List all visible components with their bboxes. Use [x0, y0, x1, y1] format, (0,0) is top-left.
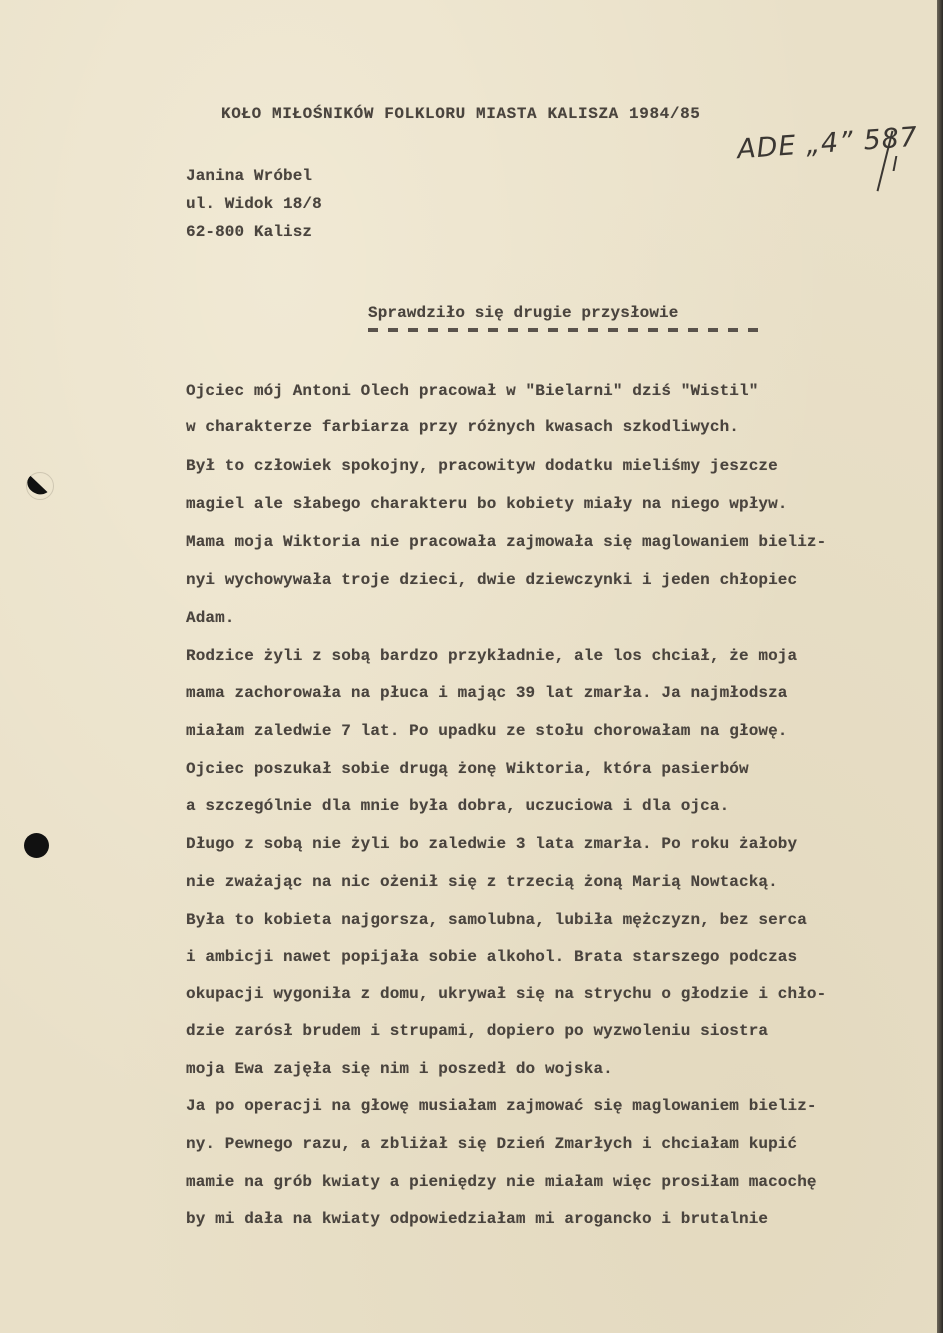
body-line: Adam. — [186, 608, 235, 628]
archive-mark-suffix: I — [892, 152, 898, 176]
punch-hole-icon — [24, 833, 49, 858]
body-line: Ojciec mój Antoni Olech pracował w "Biel… — [186, 381, 758, 401]
document-title: Sprawdziło się drugie przysłowie — [368, 303, 678, 323]
body-line: Mama moja Wiktoria nie pracowała zajmowa… — [186, 532, 826, 552]
body-line: mama zachorowała na płuca i mając 39 lat… — [186, 683, 788, 703]
body-line: a szczególnie dla mnie była dobra, uczuc… — [186, 796, 729, 816]
body-line: dzie zarósł brudem i strupami, dopiero p… — [186, 1021, 768, 1041]
body-line: moja Ewa zajęła się nim i poszedł do woj… — [186, 1059, 613, 1079]
organization-header: KOŁO MIŁOŚNIKÓW FOLKLORU MIASTA KALISZA … — [221, 104, 700, 124]
author-name: Janina Wróbel — [186, 166, 312, 186]
author-street: ul. Widok 18/8 — [186, 194, 322, 214]
body-line: miałam zaledwie 7 lat. Po upadku ze stoł… — [186, 721, 788, 741]
body-line: Rodzice żyli z sobą bardzo przykładnie, … — [186, 646, 797, 666]
body-line: Był to człowiek spokojny, pracowityw dod… — [186, 456, 778, 476]
body-line: w charakterze farbiarza przy różnych kwa… — [186, 417, 739, 437]
body-line: Ja po operacji na głowę musiałam zajmowa… — [186, 1096, 817, 1116]
body-line: Była to kobieta najgorsza, samolubna, lu… — [186, 910, 807, 930]
body-line: ny. Pewnego razu, a zbliżał się Dzień Zm… — [186, 1134, 797, 1154]
title-underline-dashes — [368, 328, 758, 332]
body-line: magiel ale słabego charakteru bo kobiety… — [186, 494, 788, 514]
author-city: 62-800 Kalisz — [186, 222, 312, 242]
body-line: nyi wychowywała troje dzieci, dwie dziew… — [186, 570, 797, 590]
body-line: okupacji wygoniła z domu, ukrywał się na… — [186, 984, 826, 1004]
typewritten-page: KOŁO MIŁOŚNIKÓW FOLKLORU MIASTA KALISZA … — [0, 0, 937, 1333]
body-line: Długo z sobą nie żyli bo zaledwie 3 lata… — [186, 834, 797, 854]
body-line: i ambicji nawet popijała sobie alkohol. … — [186, 947, 797, 967]
body-line: nie zważając na nic ożenił się z trzecią… — [186, 872, 778, 892]
body-line: Ojciec poszukał sobie drugą żonę Wiktori… — [186, 759, 749, 779]
body-line: by mi dała na kwiaty odpowiedziałam mi a… — [186, 1209, 768, 1229]
body-line: mamie na grób kwiaty a pieniędzy nie mia… — [186, 1172, 817, 1192]
scan-edge-border — [937, 0, 943, 1333]
